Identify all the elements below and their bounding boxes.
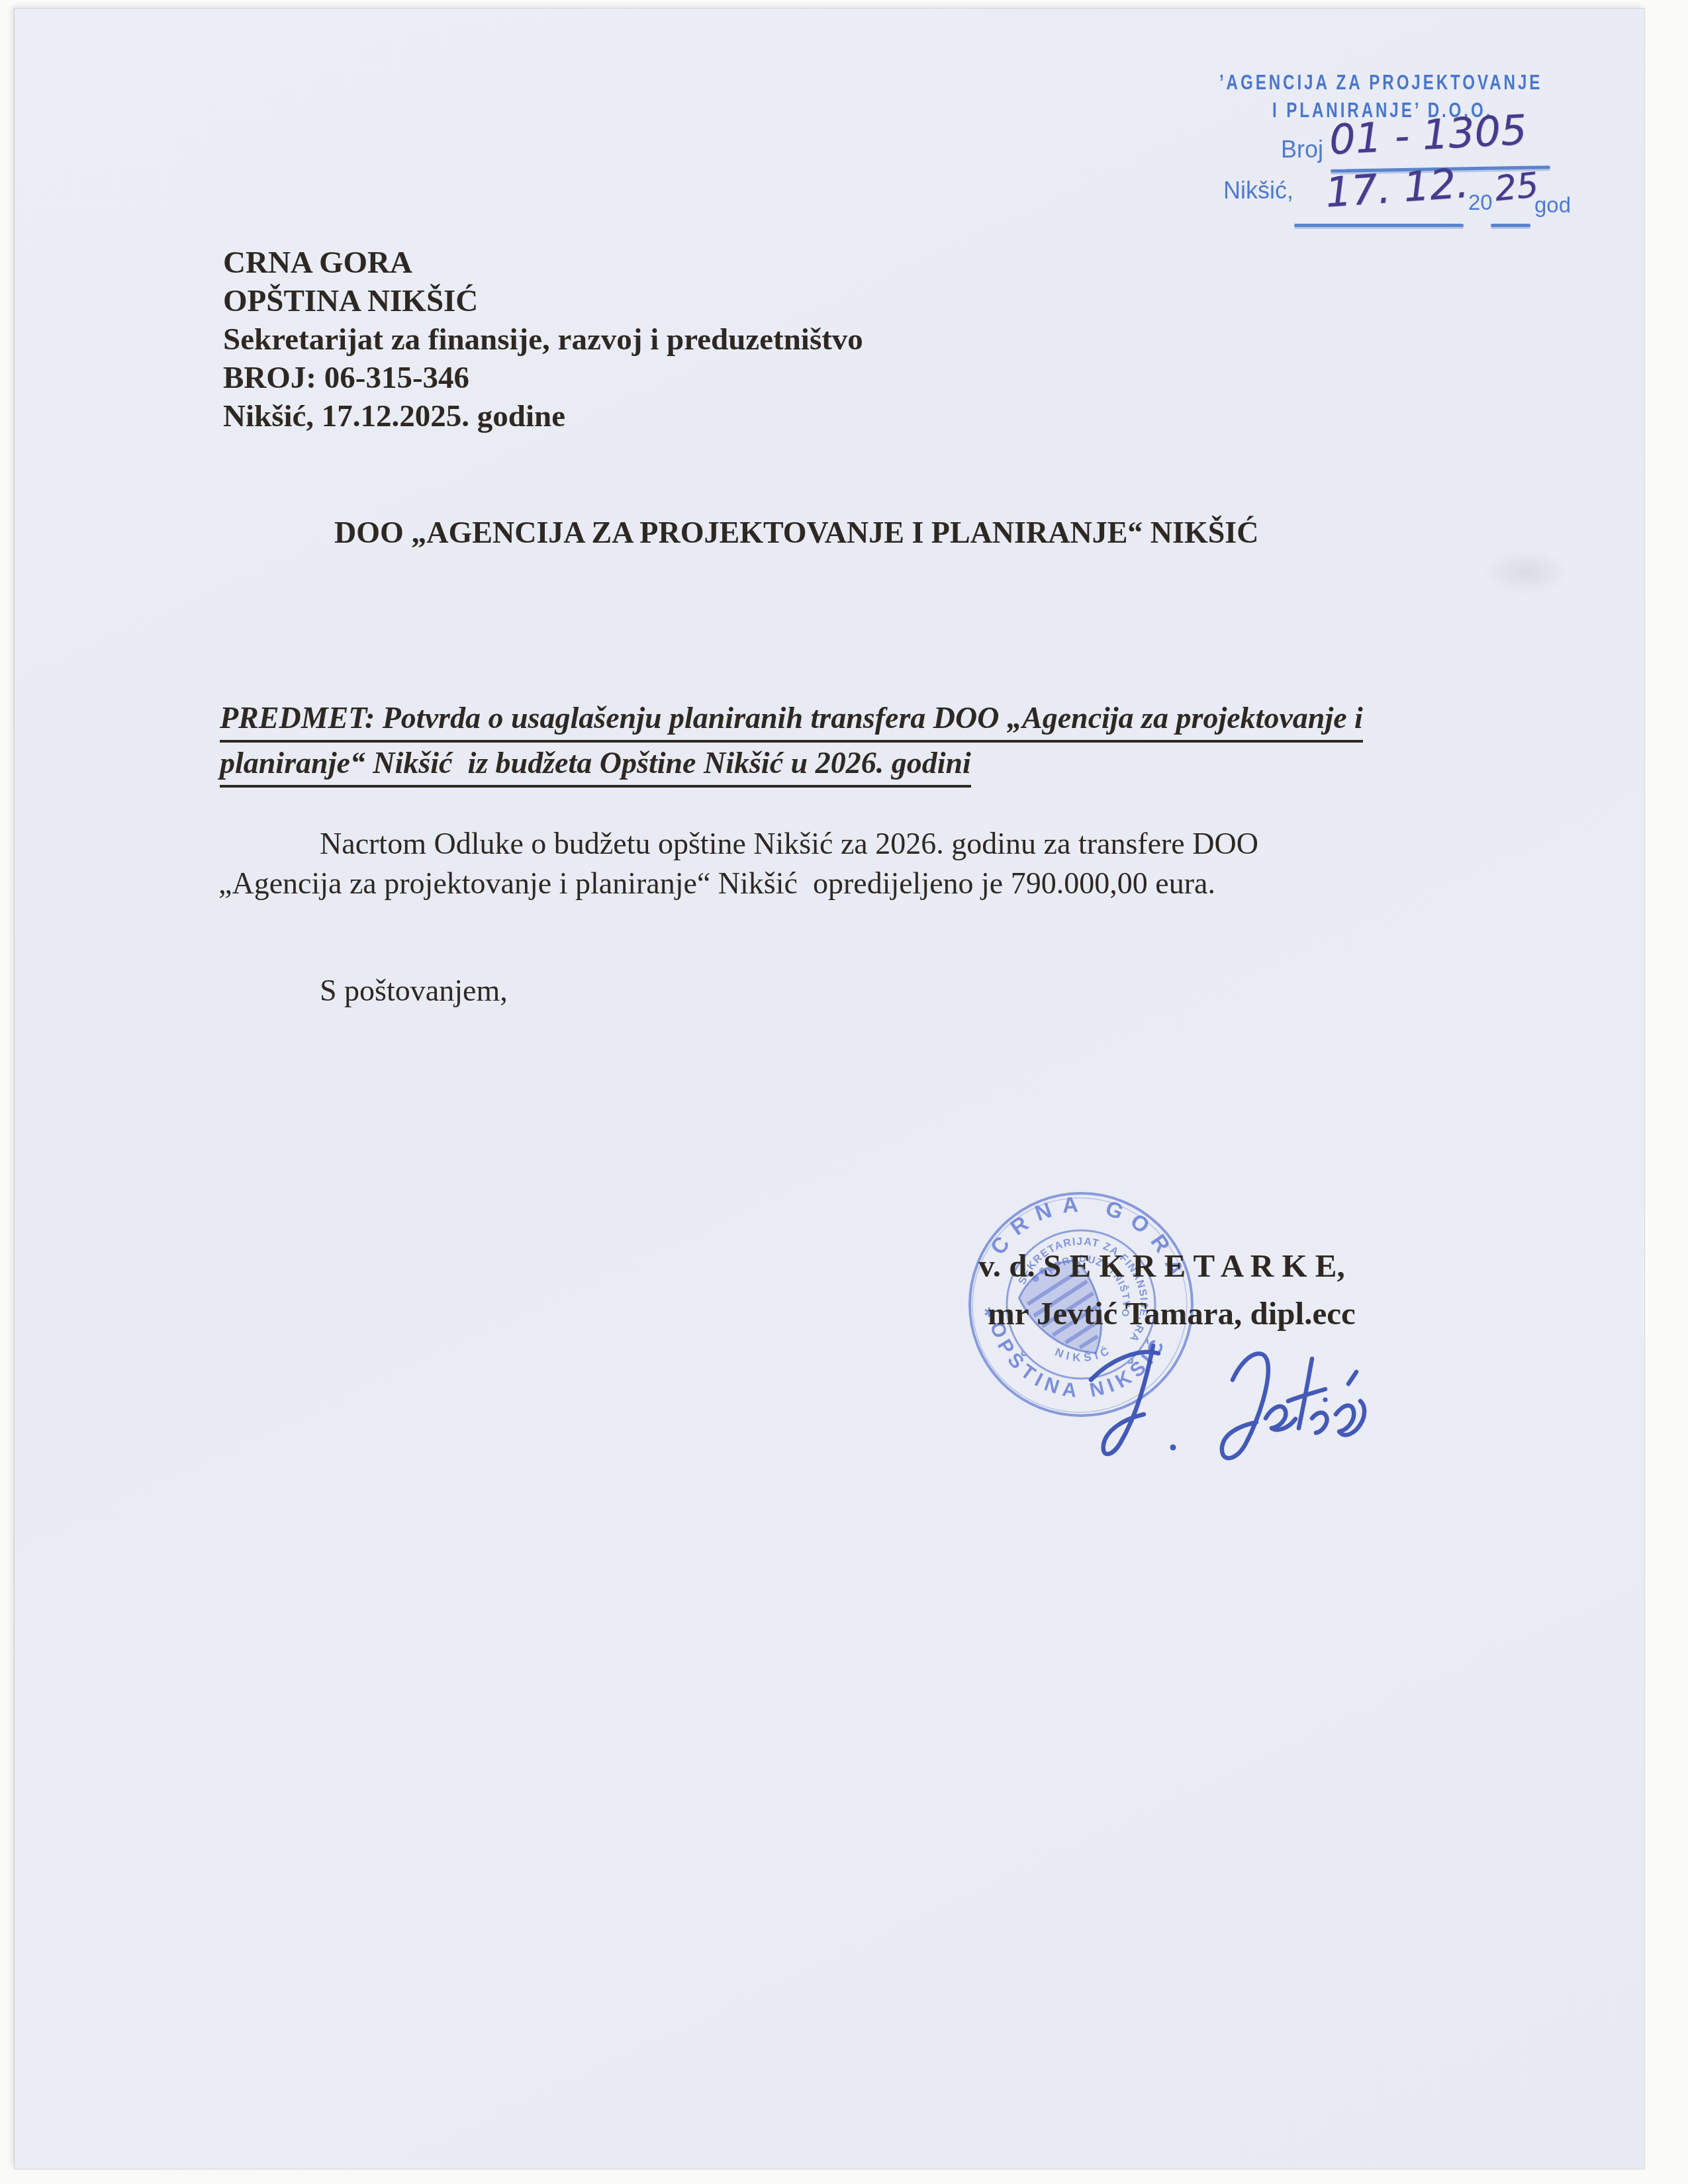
sender-municipality: OPŠTINA NIKŠIĆ <box>223 286 478 317</box>
subject-line-1-text: PREDMET: Potvrda o usaglašenju planirani… <box>220 700 1363 743</box>
signature-name: mr Jevtić Tamara, dipl.ecc <box>988 1295 1356 1332</box>
receipt-stamp-year-value: 25 <box>1493 165 1540 210</box>
signature-title: v. d. S E K R E T A R K E, <box>978 1247 1345 1285</box>
receipt-stamp-year-suffix: god <box>1534 193 1571 218</box>
scan-smudge <box>1483 549 1569 596</box>
subject-line-1: PREDMET: Potvrda o usaglašenju planirani… <box>220 700 1363 743</box>
closing-line: S poštovanjem, <box>320 973 508 1008</box>
receipt-stamp-date-value: 17. 12. <box>1324 159 1470 217</box>
scanned-letter-page: ’AGENCIJA ZA PROJEKTOVANJE I PLANIRANJE’… <box>0 0 1688 2184</box>
receipt-stamp: ’AGENCIJA ZA PROJEKTOVANJE I PLANIRANJE’… <box>1172 63 1609 255</box>
body-line-1: Nacrtom Odluke o budžetu opštine Nikšić … <box>320 826 1258 861</box>
handwritten-signature <box>1079 1340 1370 1466</box>
receipt-stamp-broj-label: Broj <box>1281 136 1323 163</box>
sender-department: Sekretarijat za finansije, razvoj i pred… <box>223 324 863 355</box>
sender-country: CRNA GORA <box>223 248 412 279</box>
subject-line-2: planiranje“ Nikšić iz budžeta Opštine Ni… <box>220 745 971 788</box>
receipt-stamp-broj-value: 01 - 1305 <box>1328 105 1528 164</box>
receipt-stamp-year-prefix: 20 <box>1468 190 1493 215</box>
sender-ref-number: BROJ: 06-315-346 <box>223 363 469 394</box>
receipt-stamp-org-line1: ’AGENCIJA ZA PROJEKTOVANJE <box>1219 71 1542 95</box>
receipt-stamp-year-line <box>1491 224 1530 227</box>
sender-date-line: Nikšić, 17.12.2025. godine <box>223 401 565 432</box>
recipient-line: DOO „AGENCIJA ZA PROJEKTOVANJE I PLANIRA… <box>334 515 1258 550</box>
subject-line-2-text: planiranje“ Nikšić iz budžeta Opštine Ni… <box>220 745 971 788</box>
receipt-stamp-place-label: Nikšić, <box>1223 177 1293 205</box>
receipt-stamp-date-line <box>1294 224 1464 227</box>
body-line-2: „Agencija za projektovanje i planiranje“… <box>218 866 1215 901</box>
